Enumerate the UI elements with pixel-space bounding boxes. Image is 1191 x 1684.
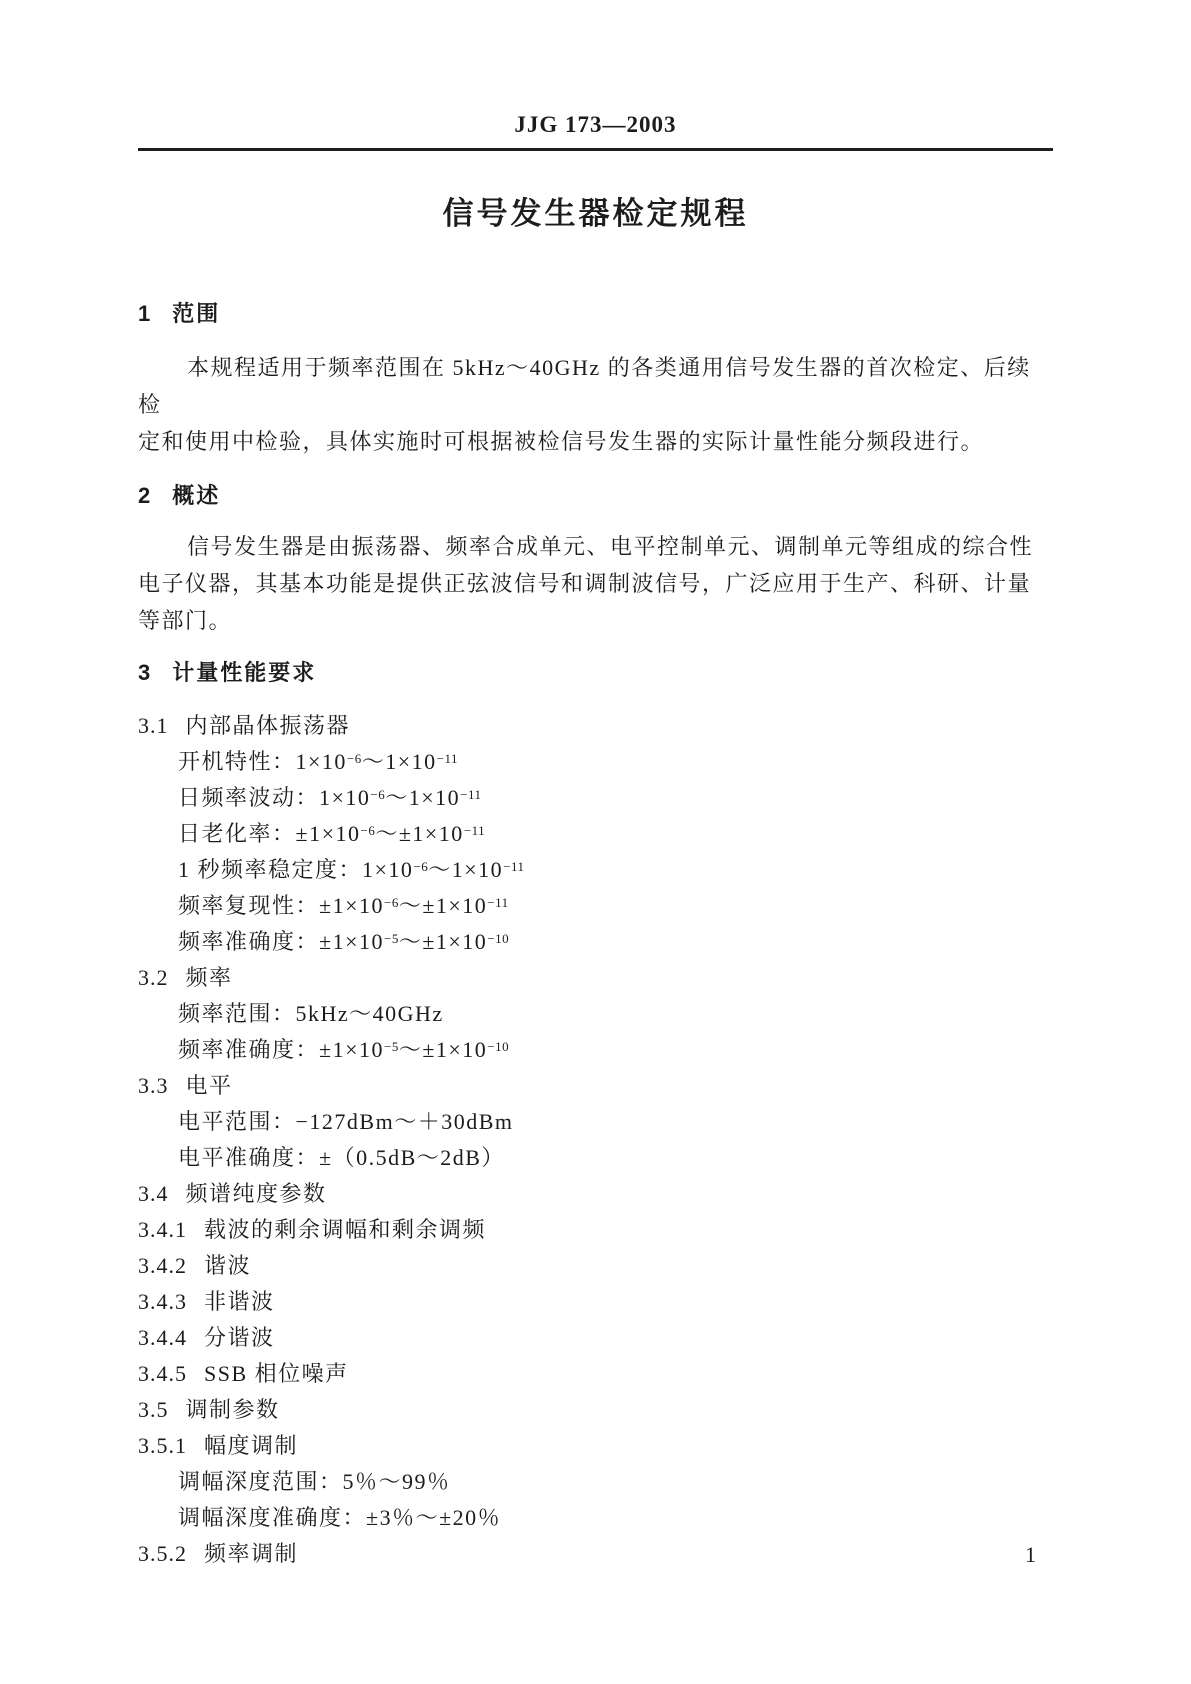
exponent: −6 [370,787,385,802]
exponent: −11 [464,823,485,838]
section-3-number: 3 [138,660,150,685]
section-3-4-2-number: 3.4.2 [138,1253,187,1278]
spec-text: ～1×10 [385,785,460,810]
spec-text: ～±1×10 [399,893,487,918]
spec-text: 频率准确度：±1×10 [178,929,384,954]
section-3-2-title: 频率 [186,965,233,990]
section-3-4-4-title: 分谐波 [204,1325,275,1350]
section-3-5-1-number: 3.5.1 [138,1433,187,1458]
section-2-title: 概述 [172,483,220,508]
section-3-3-number: 3.3 [138,1073,169,1098]
section-3-4-heading: 3.4频谱纯度参数 [138,1176,1053,1212]
section-2-number: 2 [138,483,150,508]
section-3-1-number: 3.1 [138,713,169,738]
spec-frequency-accuracy: 频率准确度：±1×10−5～±1×10−10 [138,1032,1053,1068]
scope-paragraph-line-2: 定和使用中检验，具体实施时可根据被检信号发生器的实际计量性能分频段进行。 [138,423,1053,460]
running-header: JJG 173—2003 [138,0,1053,138]
section-3-4-4-heading: 3.4.4分谐波 [138,1320,1053,1356]
spec-startup-characteristic: 开机特性：1×10−6～1×10−11 [138,744,1053,780]
section-1-heading: 1范围 [138,296,1053,332]
spec-text: ～±1×10 [399,1037,487,1062]
spec-level-accuracy: 电平准确度：±（0.5dB～2dB） [138,1140,1053,1176]
section-3-4-2-heading: 3.4.2谐波 [138,1248,1053,1284]
section-3-4-1-title: 载波的剩余调幅和剩余调频 [204,1217,486,1242]
section-3-4-5-title: SSB 相位噪声 [204,1361,349,1386]
exponent: −11 [437,751,458,766]
section-3-4-5-heading: 3.4.5SSB 相位噪声 [138,1356,1053,1392]
exponent: −10 [487,1039,509,1054]
overview-paragraph-line-2: 电子仪器，其基本功能是提供正弦波信号和调制波信号，广泛应用于生产、科研、计量 [138,565,1053,602]
spec-daily-frequency-fluctuation: 日频率波动：1×10−6～1×10−11 [138,780,1053,816]
exponent: −11 [503,859,524,874]
spec-frequency-range: 频率范围：5kHz～40GHz [138,996,1053,1032]
section-3-4-1-number: 3.4.1 [138,1217,187,1242]
exponent: −10 [487,931,509,946]
header-rule [138,148,1053,151]
spec-text: ～1×10 [428,857,503,882]
exponent: −5 [384,1039,399,1054]
spec-text: ～±1×10 [399,929,487,954]
exponent: −6 [384,895,399,910]
document-title: 信号发生器检定规程 [138,195,1053,233]
section-3-4-3-heading: 3.4.3非谐波 [138,1284,1053,1320]
section-3-4-title: 频谱纯度参数 [186,1181,327,1206]
section-1-number: 1 [138,301,150,326]
section-2-heading: 2概述 [138,478,1053,514]
spec-am-depth-accuracy: 调幅深度准确度：±3％～±20％ [138,1500,1053,1536]
spec-frequency-accuracy-oscillator: 频率准确度：±1×10−5～±1×10−10 [138,924,1053,960]
section-3-5-2-number: 3.5.2 [138,1541,187,1566]
section-3-4-1-heading: 3.4.1载波的剩余调幅和剩余调频 [138,1212,1053,1248]
spec-text: ～±1×10 [375,821,463,846]
exponent: −6 [360,823,375,838]
exponent: −6 [413,859,428,874]
section-3-4-number: 3.4 [138,1181,169,1206]
section-3-4-5-number: 3.4.5 [138,1361,187,1386]
page-number: 1 [1025,1542,1036,1568]
section-3-5-2-title: 频率调制 [204,1541,298,1566]
section-3-1-heading: 3.1内部晶体振荡器 [138,708,1053,744]
section-3-1-title: 内部晶体振荡器 [186,713,351,738]
section-3-heading: 3计量性能要求 [138,655,1053,691]
section-3-5-2-heading: 3.5.2频率调制 [138,1536,1053,1572]
document-page: JJG 173—2003 信号发生器检定规程 1范围 本规程适用于频率范围在 5… [0,0,1191,1684]
section-3-2-number: 3.2 [138,965,169,990]
section-3-4-4-number: 3.4.4 [138,1325,187,1350]
spec-daily-aging-rate: 日老化率：±1×10−6～±1×10−11 [138,816,1053,852]
section-3-3-title: 电平 [186,1073,233,1098]
overview-paragraph-line-3: 等部门。 [138,602,1053,639]
spec-level-range: 电平范围：−127dBm～＋30dBm [138,1104,1053,1140]
overview-paragraph-line-1: 信号发生器是由振荡器、频率合成单元、电平控制单元、调制单元等组成的综合性 [138,528,1053,565]
exponent: −6 [347,751,362,766]
spec-text: 日老化率：±1×10 [178,821,360,846]
section-3-title: 计量性能要求 [172,660,316,685]
section-1-title: 范围 [172,301,220,326]
spec-text: ～1×10 [362,749,437,774]
spec-frequency-reproducibility: 频率复现性：±1×10−6～±1×10−11 [138,888,1053,924]
section-3-4-3-title: 非谐波 [204,1289,275,1314]
spec-1s-frequency-stability: 1 秒频率稳定度：1×10−6～1×10−11 [138,852,1053,888]
spec-text: 开机特性：1×10 [178,749,347,774]
section-3-5-1-heading: 3.5.1幅度调制 [138,1428,1053,1464]
exponent: −11 [460,787,481,802]
exponent: −11 [487,895,508,910]
section-3-3-heading: 3.3电平 [138,1068,1053,1104]
spec-am-depth-range: 调幅深度范围：5％～99％ [138,1464,1053,1500]
section-3-2-heading: 3.2频率 [138,960,1053,996]
section-3-4-2-title: 谐波 [204,1253,251,1278]
section-3-5-heading: 3.5调制参数 [138,1392,1053,1428]
spec-text: 1 秒频率稳定度：1×10 [178,857,413,882]
section-3-5-number: 3.5 [138,1397,169,1422]
spec-text: 频率复现性：±1×10 [178,893,384,918]
section-3-4-3-number: 3.4.3 [138,1289,187,1314]
spec-text: 日频率波动：1×10 [178,785,370,810]
section-3-5-1-title: 幅度调制 [204,1433,298,1458]
spec-text: 频率准确度：±1×10 [178,1037,384,1062]
scope-paragraph-line-1: 本规程适用于频率范围在 5kHz～40GHz 的各类通用信号发生器的首次检定、后… [138,349,1053,423]
section-3-5-title: 调制参数 [186,1397,280,1422]
exponent: −5 [384,931,399,946]
